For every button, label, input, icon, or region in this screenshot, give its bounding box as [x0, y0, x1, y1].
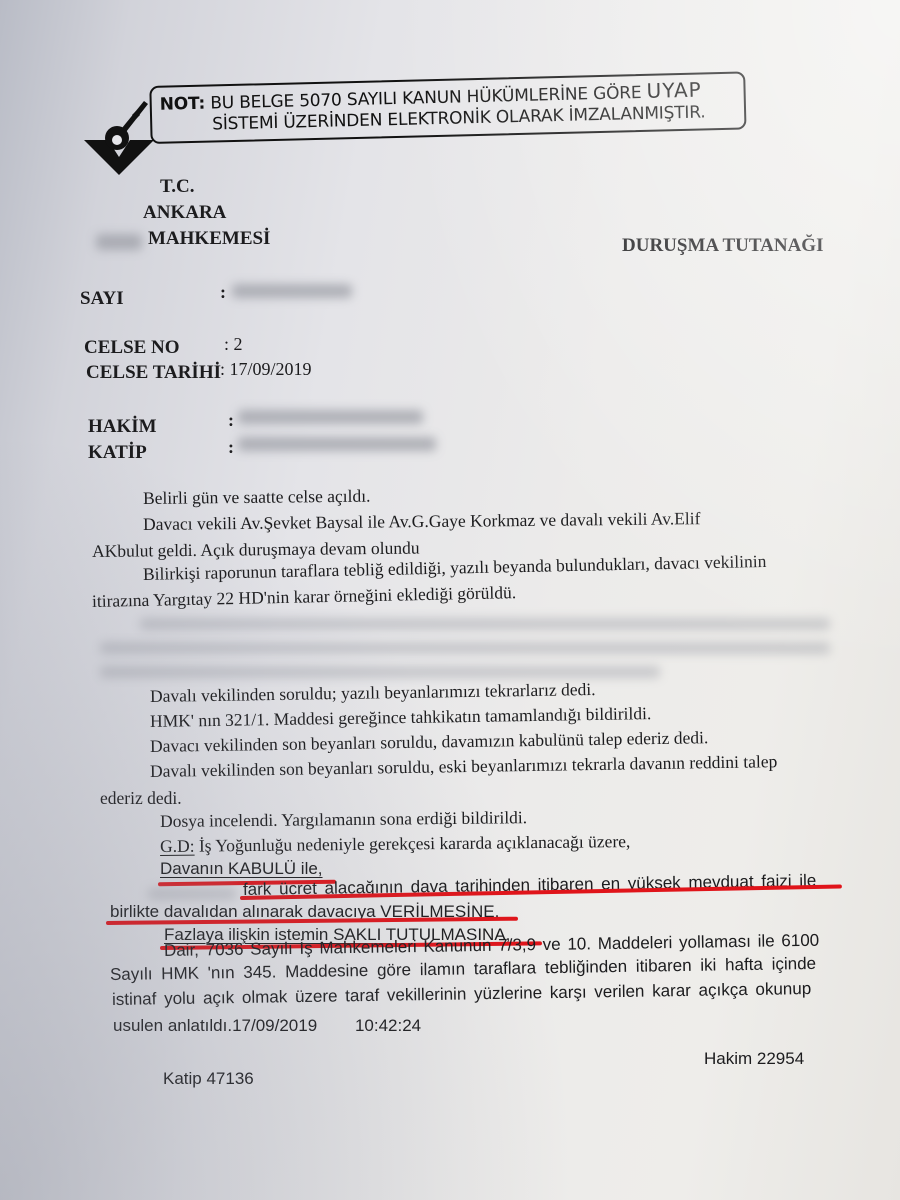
sayi-label: SAYI	[80, 288, 124, 310]
city-heading: ANKARA	[143, 202, 226, 224]
key-check-icon	[84, 95, 154, 175]
redacted-case-number	[232, 284, 352, 298]
celse-tarihi-value: : 17/09/2019	[220, 359, 312, 380]
stamp-prefix: NOT:	[160, 94, 206, 115]
hakim-separator: :	[228, 410, 234, 431]
redacted-paragraph-line	[100, 642, 830, 654]
celse-tarihi-label: CELSE TARİHİ	[86, 362, 221, 384]
redacted-judge-name	[238, 410, 423, 424]
redacted-court-number	[96, 234, 142, 250]
court-heading: MAHKEMESİ	[148, 228, 270, 250]
hakim-label: HAKİM	[88, 416, 157, 438]
paragraph-gd: G.D: İş Yoğunluğu nedeniyle gerekçesi ka…	[160, 828, 631, 859]
uyap-electronic-signature-notice: NOT: BU BELGE 5070 SAYILI KANUN HÜKÜMLER…	[149, 71, 746, 144]
redacted-paragraph-line	[140, 618, 830, 630]
katip-label: KATİP	[88, 442, 147, 464]
paragraph-final-l4: usulen anlatıldı.17/09/2019 10:42:24	[113, 1013, 421, 1039]
paragraph-session-opened: Belirli gün ve saatte celse açıldı.	[143, 483, 371, 511]
sayi-separator: :	[220, 282, 226, 303]
clerk-signature: Katip 47136	[163, 1066, 254, 1092]
document-title: DURUŞMA TUTANAĞI	[622, 235, 823, 257]
redacted-clerk-name	[238, 437, 436, 451]
paragraph-attendance-l1: Davacı vekili Av.Şevket Baysal ile Av.G.…	[143, 505, 701, 537]
stamp-brand: UYAP	[646, 78, 702, 103]
judge-signature: Hakim 22954	[704, 1046, 804, 1072]
tc-heading: T.C.	[160, 176, 194, 198]
celse-no-label: CELSE NO	[84, 337, 180, 359]
document-photo: NOT: BU BELGE 5070 SAYILI KANUN HÜKÜMLER…	[0, 0, 900, 1200]
celse-no-value: : 2	[224, 334, 243, 355]
gd-label: G.D:	[160, 836, 195, 856]
katip-separator: :	[228, 437, 234, 458]
gd-text: İş Yoğunluğu nedeniyle gerekçesi kararda…	[194, 831, 630, 856]
